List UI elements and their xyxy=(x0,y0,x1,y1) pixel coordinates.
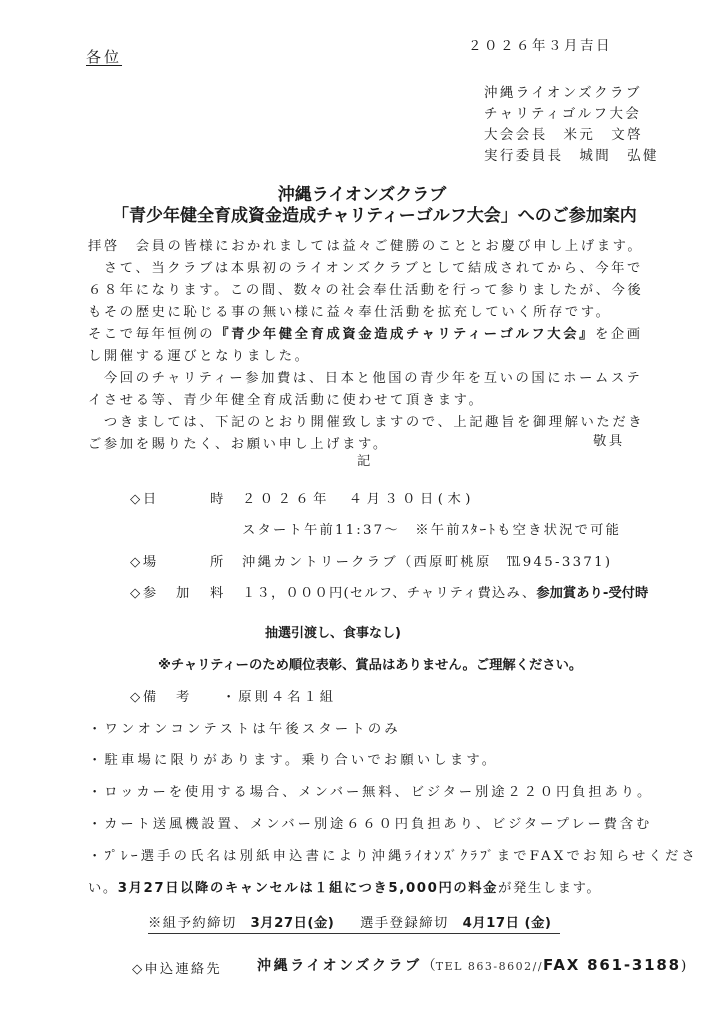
place-label: ◇場 xyxy=(130,551,159,570)
venue: 沖縄カントリークラブ（西原町桃原 ℡945-3371) xyxy=(242,551,612,570)
body-line: さて、当クラブは本県初のライオンズクラブとして結成されてから、今年で xyxy=(88,258,644,280)
remark-bullet: ・ロッカーを使用する場合、メンバー無料、ビジター別途２２０円負担あり。 xyxy=(88,781,653,800)
addressee: 各位 xyxy=(62,46,144,67)
ki-heading: 記 xyxy=(357,450,373,469)
fee-gift: 参加賞あり-受付時 xyxy=(536,586,648,601)
body-line: つきましては、下記のとおり開催致しますので、上記趣旨を御理解いただき xyxy=(88,412,644,434)
player-deadline-date: 4月17日 (金) xyxy=(463,916,552,931)
remark-bullet: ・カート送風機設置、メンバー別途６６０円負担あり、ビジタープレー費含む xyxy=(88,813,652,832)
remark-bullet: ・駐車場に限りがあります。乗り合いでお願いします。 xyxy=(88,749,498,768)
closing-keigu: 敬具 xyxy=(593,430,625,449)
contact-fax: FAX 861-3188 xyxy=(543,956,681,974)
place-label-end: 所 xyxy=(210,551,226,570)
fee-continuation: 抽選引渡し、食事なし) xyxy=(265,622,401,641)
event-date: ２０２６年 ４月３０日(木) xyxy=(242,488,475,507)
body-line: ６８年になります。この間、数々の社会奉仕活動を行って参りましたが、今後 xyxy=(88,280,644,302)
contact-tel: TEL 863-8602// xyxy=(436,960,543,973)
contact-open-paren: （ xyxy=(422,958,436,974)
sender-block: 沖縄ライオンズクラブ チャリティゴルフ大会 大会会長 米元 文啓 実行委員長 城… xyxy=(484,83,659,167)
cancellation-fee-bold: 3月27日以降のキャンセルは１組につき5,000円の料金 xyxy=(118,881,498,896)
start-time: スタート午前11:37～ ※午前ｽﾀｰﾄも空き状況で可能 xyxy=(242,519,621,538)
cancellation-line: い。3月27日以降のキャンセルは１組につき5,000円の料金が発生します。 xyxy=(88,877,601,896)
group-deadline-label: ※組予約締切 xyxy=(148,916,237,931)
sender-chairman: 大会会長 米元 文啓 xyxy=(484,125,659,146)
contact-close-paren: ) xyxy=(681,958,686,974)
event-name-bold: 『青少年健全育成資金造成チャリティーゴルフ大会』 xyxy=(215,327,595,342)
body-line: し開催する運びとなりました。 xyxy=(88,346,644,368)
body-line-prefix: そこで毎年恒例の xyxy=(88,327,215,342)
date-label: ◇日 xyxy=(130,488,159,507)
remark-bullet: ・ﾌﾟﾚｰ選手の氏名は別紙申込書により沖縄ﾗｲｵﾝｽﾞｸﾗﾌﾞまでFAXでお知ら… xyxy=(88,845,698,864)
cancellation-prefix: い。 xyxy=(88,881,118,896)
cancellation-suffix: が発生します。 xyxy=(498,881,601,896)
body-line: 今回のチャリティー参加費は、日本と他国の青少年を互いの国にホームステ xyxy=(88,368,644,390)
charity-note: ※チャリティーのため順位表彰、賞品はありません。ご理解ください。 xyxy=(158,654,582,673)
sender-event: チャリティゴルフ大会 xyxy=(484,104,659,125)
group-deadline-date: 3月27日(金) xyxy=(251,916,335,931)
body-line: 拝啓 会員の皆様におかれましては益々ご健勝のこととお慶び申し上げます。 xyxy=(88,236,644,258)
remarks-first: ・原則４名１組 xyxy=(222,686,336,705)
sender-org: 沖縄ライオンズクラブ xyxy=(484,83,659,104)
fee-label-mid: 加 xyxy=(176,582,192,601)
date-label-end: 時 xyxy=(210,488,226,507)
body-line-suffix: を企画 xyxy=(595,327,643,342)
remarks-label-end: 考 xyxy=(176,686,192,705)
fee-value: １３，０００円(セルフ、チャリティ費込み、参加賞あり-受付時 xyxy=(242,582,648,601)
remark-bullet: ・ワンオンコンテストは午後スタートのみ xyxy=(88,718,401,737)
sender-committee-head: 実行委員長 城間 弘健 xyxy=(484,146,659,167)
player-deadline-label: 選手登録締切 xyxy=(360,916,449,931)
body-line: そこで毎年恒例の『青少年健全育成資金造成チャリティーゴルフ大会』を企画 xyxy=(88,324,644,346)
body-paragraph: 拝啓 会員の皆様におかれましては益々ご健勝のこととお慶び申し上げます。 さて、当… xyxy=(88,236,644,456)
title-line-2: 「青少年健全育成資金造成チャリティーゴルフ大会」へのご参加案内 xyxy=(112,201,637,226)
deadline-line: ※組予約締切 3月27日(金) 選手登録締切 4月17日 (金) xyxy=(148,912,560,934)
document-date: ２０２６年３月吉日 xyxy=(468,34,612,54)
fee-label: ◇参 xyxy=(130,582,159,601)
fee-label-end: 料 xyxy=(210,582,226,601)
contact-org: 沖縄ライオンズクラブ xyxy=(257,958,422,974)
remarks-label: ◇備 xyxy=(130,686,159,705)
body-line: イさせる等、青少年健全育成活動に使わせて頂きます。 xyxy=(88,390,644,412)
body-line: もその歴史に恥じる事の無い様に益々奉仕活動を拡充していく所存です。 xyxy=(88,302,644,324)
contact-label: ◇申込連絡先 xyxy=(132,958,222,977)
fee-amount: １３，０００円(セルフ、チャリティ費込み、 xyxy=(242,586,536,601)
contact-line: 沖縄ライオンズクラブ（TEL 863-8602//FAX 861-3188) xyxy=(257,955,686,975)
